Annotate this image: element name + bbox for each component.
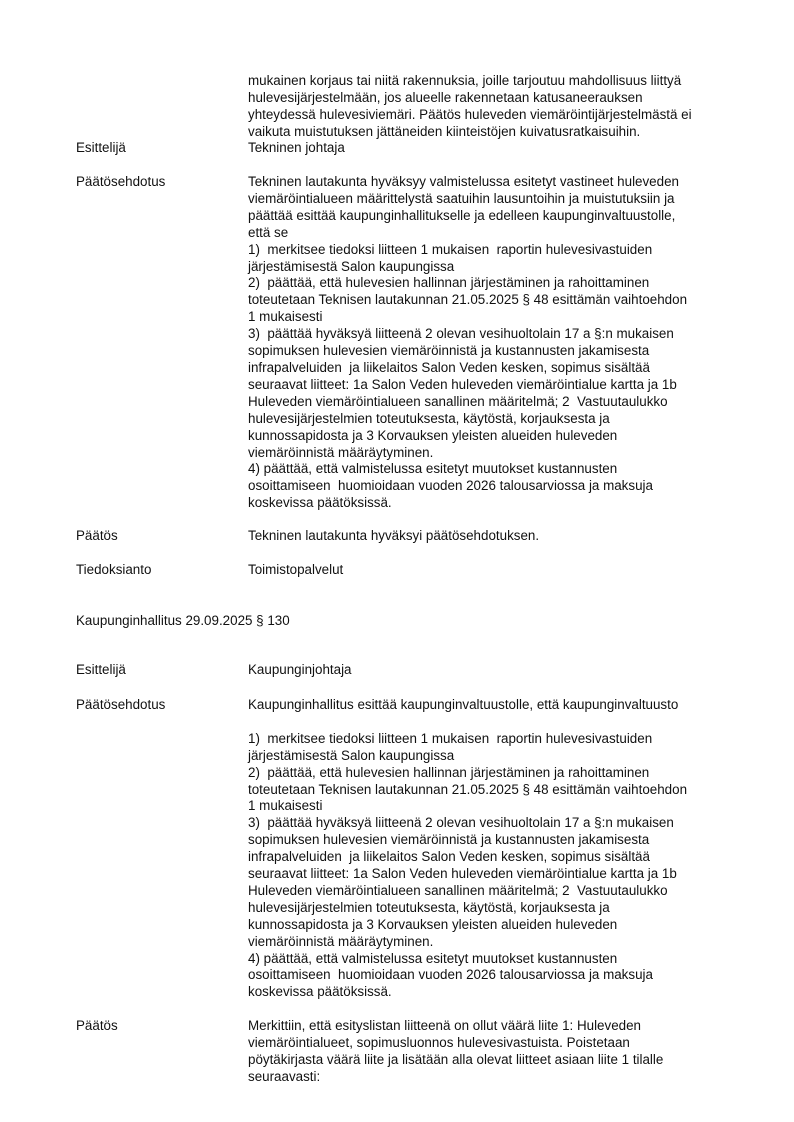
text-line: 1 mukaisesti (248, 309, 738, 326)
text-line: toteutetaan Teknisen lautakunnan 21.05.2… (248, 292, 738, 309)
text-line: hulevesijärjestelmään, jos alueelle rake… (248, 90, 738, 107)
text-line: seuraavasti: (248, 1069, 738, 1086)
paatosehdotus-text: Kaupunginhallitus esittää kaupunginvaltu… (248, 697, 738, 1001)
text-line: koskevissa päätöksissä. (248, 495, 738, 512)
esittelija-value: Kaupunginjohtaja (248, 662, 738, 679)
kaupunginhallitus-heading-row: Kaupunginhallitus 29.09.2025 § 130 (76, 613, 740, 630)
kh-esittelija-row: Esittelijä Kaupunginjohtaja (76, 662, 740, 679)
paatos-text: Merkittiin, että esityslistan liitteenä … (248, 1018, 738, 1086)
text-line: hulevesijärjestelmien toteutuksesta, käy… (248, 411, 738, 428)
kh-paatos-row: Päätös Merkittiin, että esityslistan lii… (76, 1018, 740, 1086)
paatos-label: Päätös (76, 528, 248, 545)
text-line: Merkittiin, että esityslistan liitteenä … (248, 1018, 738, 1035)
tekninen-paatosehdotus-row: Päätösehdotus Tekninen lautakunta hyväks… (76, 174, 740, 512)
esittelija-label: Esittelijä (76, 662, 248, 679)
text-line: toteutetaan Teknisen lautakunnan 21.05.2… (248, 782, 738, 799)
text-line: 4) päättää, että valmistelussa esitetyt … (248, 461, 738, 478)
text-line: 1) merkitsee tiedoksi liitteen 1 mukaise… (248, 242, 738, 259)
tiedoksianto-label: Tiedoksianto (76, 562, 248, 579)
text-line: kunnossapidosta ja 3 Korvauksen yleisten… (248, 917, 738, 934)
text-line: hulevesijärjestelmien toteutuksesta, käy… (248, 900, 738, 917)
text-line: 3) päättää hyväksyä liitteenä 2 olevan v… (248, 815, 738, 832)
text-line: koskevissa päätöksissä. (248, 984, 738, 1001)
text-line: Huleveden viemäröintialueen sanallinen m… (248, 883, 738, 900)
tekninen-tiedoksianto-row: Tiedoksianto Toimistopalvelut (76, 562, 740, 579)
text-line: 3) päättää hyväksyä liitteenä 2 olevan v… (248, 326, 738, 343)
intro-paragraph: mukainen korjaus tai niitä rakennuksia, … (76, 73, 740, 141)
text-line: sopimuksen hulevesien viemäröinnistä ja … (248, 343, 738, 360)
text-line: 1) merkitsee tiedoksi liitteen 1 mukaise… (248, 731, 738, 748)
intro-label-spacer (76, 73, 248, 141)
paatosehdotus-label: Päätösehdotus (76, 174, 248, 512)
paatosehdotus-label: Päätösehdotus (76, 697, 248, 1001)
text-line: järjestämisestä Salon kaupungissa (248, 259, 738, 276)
text-line: kunnossapidosta ja 3 Korvauksen yleisten… (248, 428, 738, 445)
intro-text: mukainen korjaus tai niitä rakennuksia, … (248, 73, 738, 141)
text-line: sopimuksen hulevesien viemäröinnistä ja … (248, 832, 738, 849)
text-line: viemäröinnistä määräytyminen. (248, 934, 738, 951)
text-line: 2) päättää, että hulevesien hallinnan jä… (248, 765, 738, 782)
text-line: infrapalveluiden ja liikelaitos Salon Ve… (248, 360, 738, 377)
section-heading: Kaupunginhallitus 29.09.2025 § 130 (76, 613, 740, 630)
esittelija-label: Esittelijä (76, 140, 248, 157)
text-line: vaikuta muistutuksen jättäneiden kiintei… (248, 124, 738, 141)
text-line: Tekninen lautakunta hyväksyy valmistelus… (248, 174, 738, 191)
text-line: infrapalveluiden ja liikelaitos Salon Ve… (248, 849, 738, 866)
text-line: 1 mukaisesti (248, 798, 738, 815)
text-line: osoittamiseen huomioidaan vuoden 2026 ta… (248, 478, 738, 495)
kh-paatosehdotus-row: Päätösehdotus Kaupunginhallitus esittää … (76, 697, 740, 1001)
text-line: 2) päättää, että hulevesien hallinnan jä… (248, 275, 738, 292)
text-line: viemäröintialueen määrittelystä saatuihi… (248, 191, 738, 208)
text-line: että se (248, 225, 738, 242)
text-line: mukainen korjaus tai niitä rakennuksia, … (248, 73, 738, 90)
text-line: Huleveden viemäröintialueen sanallinen m… (248, 394, 738, 411)
text-line: seuraavat liitteet: 1a Salon Veden hulev… (248, 377, 738, 394)
tekninen-esittelija-row: Esittelijä Tekninen johtaja (76, 140, 740, 157)
text-line: 4) päättää, että valmistelussa esitetyt … (248, 951, 738, 968)
text-line: viemäröinnistä määräytyminen. (248, 445, 738, 462)
text-line: viemäröintialueet, sopimusluonnos huleve… (248, 1035, 738, 1052)
paatosehdotus-items: 1) merkitsee tiedoksi liitteen 1 mukaise… (248, 731, 738, 1002)
esittelija-value: Tekninen johtaja (248, 140, 738, 157)
paatos-value: Tekninen lautakunta hyväksyi päätösehdot… (248, 528, 738, 545)
paatosehdotus-intro: Kaupunginhallitus esittää kaupunginvaltu… (248, 697, 738, 714)
blank-line (248, 714, 738, 731)
tiedoksianto-value: Toimistopalvelut (248, 562, 738, 579)
paatosehdotus-text: Tekninen lautakunta hyväksyy valmistelus… (248, 174, 738, 512)
text-line: seuraavat liitteet: 1a Salon Veden hulev… (248, 866, 738, 883)
text-line: yhteydessä hulevesiviemäri. Päätös hulev… (248, 107, 738, 124)
text-line: järjestämisestä Salon kaupungissa (248, 748, 738, 765)
tekninen-paatos-row: Päätös Tekninen lautakunta hyväksyi päät… (76, 528, 740, 545)
paatos-label: Päätös (76, 1018, 248, 1086)
document-page: mukainen korjaus tai niitä rakennuksia, … (0, 0, 794, 1122)
text-line: päättää esittää kaupunginhallitukselle j… (248, 208, 738, 225)
text-line: pöytäkirjasta väärä liite ja lisätään al… (248, 1052, 738, 1069)
text-line: osoittamiseen huomioidaan vuoden 2026 ta… (248, 967, 738, 984)
